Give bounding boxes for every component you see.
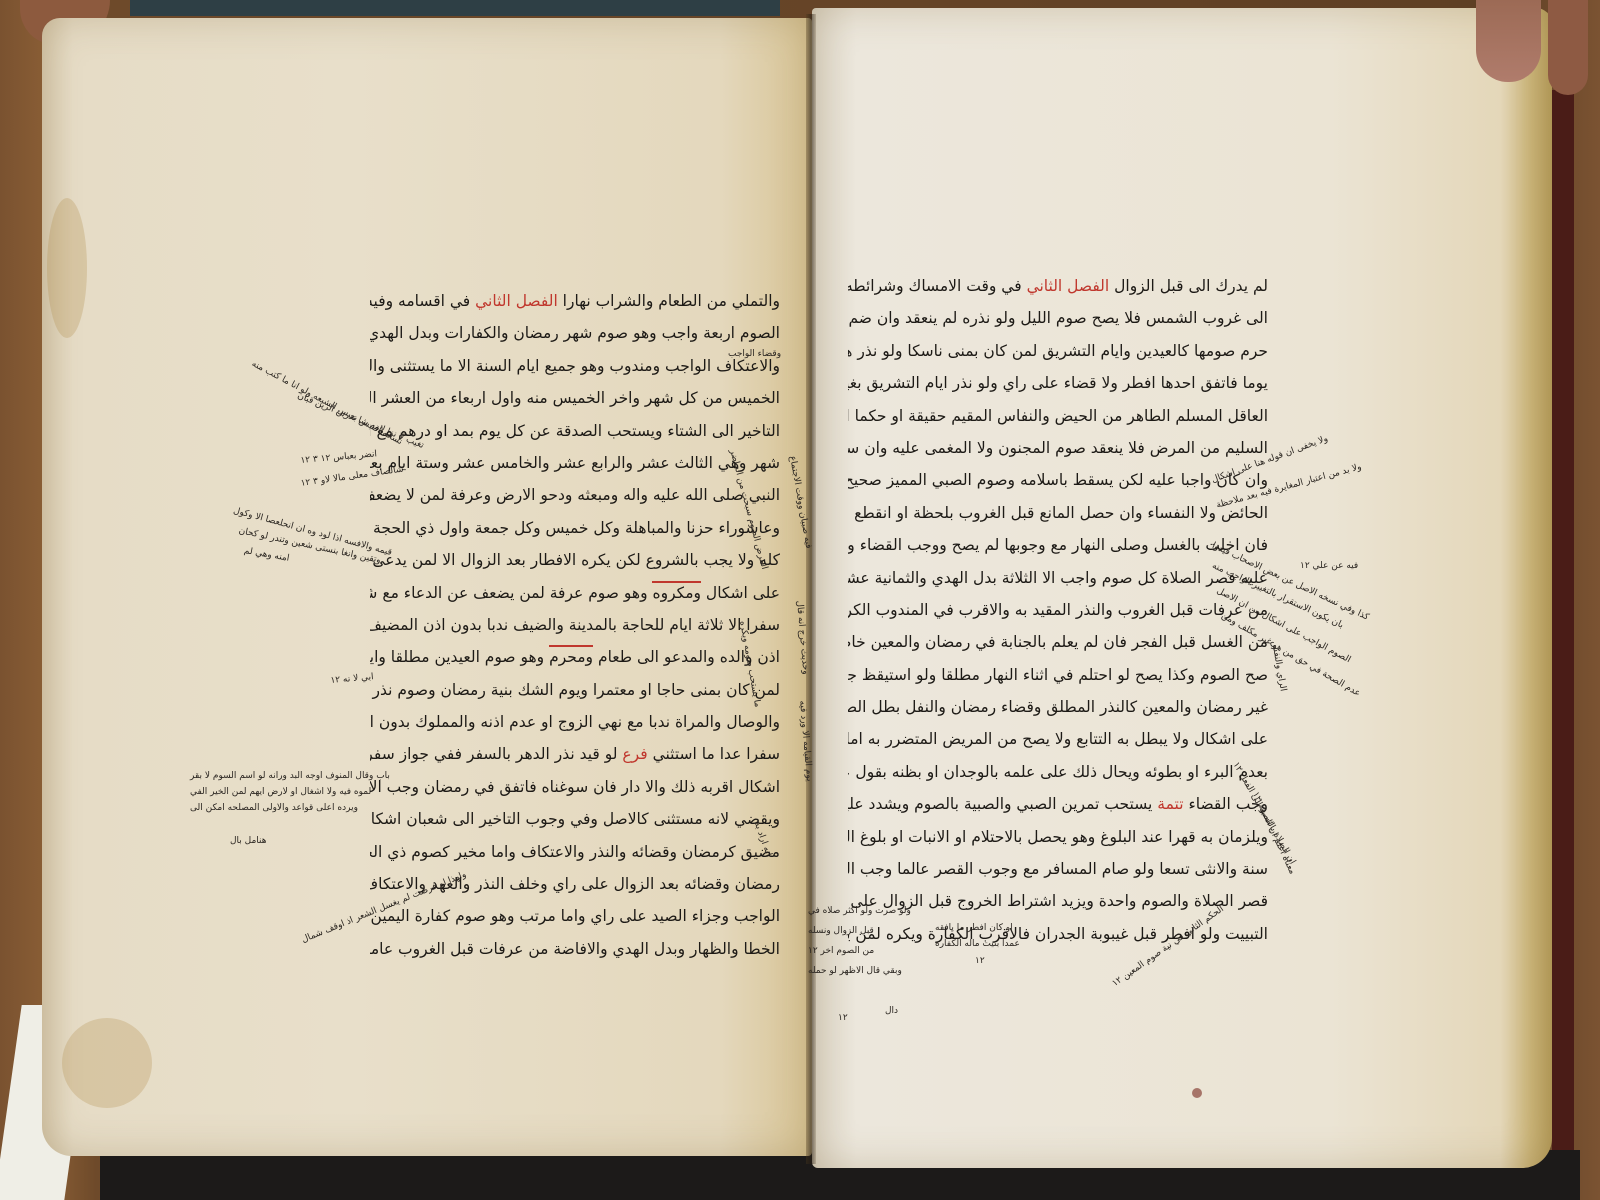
text-line: الخميس من كل شهر واخر الخميس منه واول ار…: [370, 382, 780, 414]
marginal-annotation: قبل الزوال ونسله: [808, 925, 874, 938]
marginal-annotation: دال: [885, 1005, 898, 1018]
marginal-annotation: ويرده اعلى قواعد والاولى المصلحه امكن ال…: [190, 802, 358, 815]
marginal-annotation: فيه عن علي ١٢: [1300, 560, 1358, 573]
text-line: سنة والانثى تسعا ولو صام المسافر مع وجوب…: [848, 853, 1268, 885]
line-text: العاقل المسلم الطاهر من الحيض والنفاس ال…: [848, 407, 1268, 425]
line-text: غير رمضان والمعين كالنذر المطلق وقضاء رم…: [848, 698, 1268, 716]
hand-thumb-right: [1476, 0, 1541, 82]
text-line: ويلزمان به قهرا عند البلوغ وهو يحصل بالا…: [848, 821, 1268, 853]
text-line: سفرا الا ثلاثة ايام للحاجة بالمدينة والض…: [370, 609, 780, 641]
text-line: وجب القضاء تتمة يستحب تمرين الصبي والصبي…: [848, 788, 1268, 820]
marginal-annotation: باب وقال المنوف اوجه البد ورانه لو اسم ا…: [190, 770, 390, 783]
text-line: سفرا عدا ما استثني فرع لو قيد نذر الدهر …: [370, 738, 780, 770]
text-line: السليم من المرض فلا ينعقد صوم المجنون ول…: [848, 432, 1268, 464]
hand-finger-right: [1548, 0, 1588, 95]
text-line: العاقل المسلم الطاهر من الحيض والنفاس ال…: [848, 400, 1268, 432]
text-line: اذن والده والمدعو الى طعام ومحرم وهو صوم…: [370, 641, 780, 673]
text-line: يوما فاتفق احدها افطر ولا قضاء على راي و…: [848, 367, 1268, 399]
text-line: النبي صلى الله عليه واله ومبعثه ودحو الا…: [370, 479, 780, 511]
line-text: عليه قصر الصلاة كل صوم واجب الا الثلاثة …: [848, 569, 1268, 587]
line-text: كله ولا يجب بالشروع لكن يكره الافطار بعد…: [370, 551, 780, 569]
marginal-annotation: ١٢: [975, 955, 985, 968]
line-text: فان اخلت بالغسل وصلى النهار مع وجوبها لم…: [848, 536, 1268, 554]
line-text: الصوم اربعة واجب وهو صوم شهر رمضان والكف…: [370, 324, 780, 342]
line-text: من الغسل قبل الفجر فان لم يعلم بالجنابة …: [848, 633, 1268, 651]
text-line: حرم صومها كالعيدين وايام التشريق لمن كان…: [848, 335, 1268, 367]
text-line: والوصال والمراة ندبا مع نهي الزوج او عدم…: [370, 706, 780, 738]
text-line: التاخير الى الشتاء ويستحب الصدقة عن كل ي…: [370, 415, 780, 447]
line-text: على اشكال ولا يبطل به التتابع ولا يصح من…: [848, 730, 1268, 748]
line-text: في وقت الامساك وشرائطه وهو من اول طلوع ا…: [848, 277, 1027, 295]
line-text: الخطا والظهار وبدل الهدي والافاضة من عرف…: [370, 940, 780, 958]
gutter: [806, 14, 816, 1164]
line-text: يوما فاتفق احدها افطر ولا قضاء على راي و…: [848, 374, 1268, 392]
line-text: والاعتكاف الواجب ومندوب وهو جميع ايام ال…: [370, 357, 780, 375]
text-line: كله ولا يجب بالشروع لكن يكره الافطار بعد…: [370, 544, 780, 576]
line-text: والتملي من الطعام والشراب نهارا: [558, 292, 780, 310]
left-main-text: والتملي من الطعام والشراب نهارا الفصل ال…: [370, 285, 780, 965]
text-line: صح الصوم وكذا يصح لو احتلم في اثناء النه…: [848, 659, 1268, 691]
line-text: صح الصوم وكذا يصح لو احتلم في اثناء النه…: [848, 666, 1268, 684]
text-line: بعدم البرء او بطوئه ويحال ذلك على علمه ب…: [848, 756, 1268, 788]
line-text: من عرفات قبل الغروب والنذر المقيد به وال…: [848, 601, 1268, 619]
text-line: غير رمضان والمعين كالنذر المطلق وقضاء رم…: [848, 691, 1268, 723]
text-line: على اشكال ولا يبطل به التتابع ولا يصح من…: [848, 723, 1268, 755]
text-line: على اشكال ومكروه وهو صوم عرفة لمن يضعف ع…: [370, 577, 780, 609]
line-text: يستحب تمرين الصبي والصبية بالصوم ويشدد ع…: [848, 795, 1157, 813]
marginal-annotation: ١٢: [838, 1012, 848, 1025]
rubric-heading: الفصل الثاني: [1027, 277, 1110, 295]
line-text: ويقضي لانه مستثنى كالاصل وفي وجوب التاخي…: [370, 810, 780, 828]
text-line: لم يدرك الى قبل الزوال الفصل الثاني في و…: [848, 270, 1268, 302]
line-text: الخميس من كل شهر واخر الخميس منه واول ار…: [370, 389, 780, 407]
text-line: اشكال اقربه ذلك والا دار فان سوغناه فاتف…: [370, 771, 780, 803]
text-line: ويقضي لانه مستثنى كالاصل وفي وجوب التاخي…: [370, 803, 780, 835]
text-line: الحائض ولا النفساء وان حصل المانع قبل ال…: [848, 497, 1268, 529]
line-text: والوصال والمراة ندبا مع نهي الزوج او عدم…: [370, 713, 780, 731]
line-text: حرم صومها كالعيدين وايام التشريق لمن كان…: [848, 342, 1268, 360]
book-cover-edge: [130, 0, 780, 16]
rubric-heading: الفصل الثاني: [475, 292, 558, 310]
line-text: قصر الصلاة والصوم واحدة ويزيد اشتراط الخ…: [848, 892, 1268, 910]
line-text: لو قيد نذر الدهر بالسفر ففي جواز سفره في…: [370, 745, 622, 763]
line-text: شهر وهي الثالث عشر والرابع عشر والخامس ع…: [370, 454, 780, 472]
text-line: من عرفات قبل الغروب والنذر المقيد به وال…: [848, 594, 1268, 626]
marginal-annotation: او كان افطر ما يافقه: [935, 922, 1013, 935]
text-line: وان كان واجبا عليه لكن يسقط باسلامه وصوم…: [848, 464, 1268, 496]
text-line: فان اخلت بالغسل وصلى النهار مع وجوبها لم…: [848, 529, 1268, 561]
line-text: في اقسامه وفيه مطلبان: [370, 292, 475, 310]
line-text: وهو صوم عرفة لمن يضعف عن الدعاء مع شك ال…: [370, 584, 652, 602]
marginal-annotation: لموه فيه ولا اشغال او لارض ايهم لمن الخي…: [190, 786, 371, 799]
text-line: الى غروب الشمس فلا يصح صوم الليل ولو نذر…: [848, 302, 1268, 334]
marginal-annotation: هنامل بال: [230, 835, 267, 848]
line-text: سفرا عدا ما استثني: [648, 745, 780, 763]
text-line: الصوم اربعة واجب وهو صوم شهر رمضان والكف…: [370, 317, 780, 349]
text-line: والتملي من الطعام والشراب نهارا الفصل ال…: [370, 285, 780, 317]
line-text: سفرا الا ثلاثة ايام للحاجة بالمدينة والض…: [370, 616, 780, 634]
line-text: على اشكال: [701, 584, 780, 602]
marginal-annotation: عمدا بنيت ماله الكفاره: [935, 938, 1020, 951]
line-text: اشكال اقربه ذلك والا دار فان سوغناه فاتف…: [370, 778, 780, 796]
right-main-text: لم يدرك الى قبل الزوال الفصل الثاني في و…: [848, 270, 1268, 950]
line-text: السليم من المرض فلا ينعقد صوم المجنون ول…: [848, 439, 1268, 457]
line-text: الى غروب الشمس فلا يصح صوم الليل ولو نذر…: [848, 309, 1268, 327]
line-text: النبي صلى الله عليه واله ومبعثه ودحو الا…: [370, 486, 780, 504]
line-text: التاخير الى الشتاء ويستحب الصدقة عن كل ي…: [370, 422, 780, 440]
text-line: لمن كان بمنى حاجا او معتمرا ويوم الشك بن…: [370, 674, 780, 706]
rubric-heading: فرع: [622, 745, 647, 763]
line-text: مضيق كرمضان وقضائه والنذر والاعتكاف واما…: [370, 843, 780, 861]
rubric-heading: تتمة: [1157, 795, 1183, 813]
line-text: لمن كان بمنى حاجا او معتمرا ويوم الشك بن…: [370, 681, 780, 699]
marginal-annotation: من الصوم اخر ١٢: [808, 945, 874, 958]
text-line: من الغسل قبل الفجر فان لم يعلم بالجنابة …: [848, 626, 1268, 658]
marginal-annotation: وبقي قال الاظهر لو حمله: [808, 965, 902, 978]
line-text: وعاشوراء حزنا والمباهلة وكل خميس وكل جمع…: [370, 519, 780, 537]
text-line: الواجب وجزاء الصيد على راي واما مرتب وهو…: [370, 900, 780, 932]
text-line: عليه قصر الصلاة كل صوم واجب الا الثلاثة …: [848, 562, 1268, 594]
overlined-term: ومكروه: [652, 581, 701, 602]
overlined-term: ومحرم: [549, 645, 593, 666]
line-text: وان كان واجبا عليه لكن يسقط باسلامه وصوم…: [848, 471, 1268, 489]
marginal-annotation: وقضاء الواجب: [728, 348, 781, 361]
marginal-annotation: ولو صرت ولو اكثر صلاه في: [808, 905, 911, 918]
line-text: لم يدرك الى قبل الزوال: [1109, 277, 1268, 295]
text-line: وعاشوراء حزنا والمباهلة وكل خميس وكل جمع…: [370, 512, 780, 544]
binding-edge: [1552, 90, 1574, 1150]
text-line: والاعتكاف الواجب ومندوب وهو جميع ايام ال…: [370, 350, 780, 382]
text-line: مضيق كرمضان وقضائه والنذر والاعتكاف واما…: [370, 836, 780, 868]
line-text: الواجب وجزاء الصيد على راي واما مرتب وهو…: [370, 907, 780, 925]
line-text: بعدم البرء او بطوئه ويحال ذلك على علمه ب…: [848, 763, 1268, 781]
line-text: الحائض ولا النفساء وان حصل المانع قبل ال…: [848, 504, 1268, 522]
text-line: الخطا والظهار وبدل الهدي والافاضة من عرف…: [370, 933, 780, 965]
line-text: ويلزمان به قهرا عند البلوغ وهو يحصل بالا…: [848, 828, 1268, 846]
line-text: سنة والانثى تسعا ولو صام المسافر مع وجوب…: [848, 860, 1268, 878]
text-line: شهر وهي الثالث عشر والرابع عشر والخامس ع…: [370, 447, 780, 479]
line-text: وهو صوم العيدين مطلقا وايام التشريق: [370, 648, 549, 666]
